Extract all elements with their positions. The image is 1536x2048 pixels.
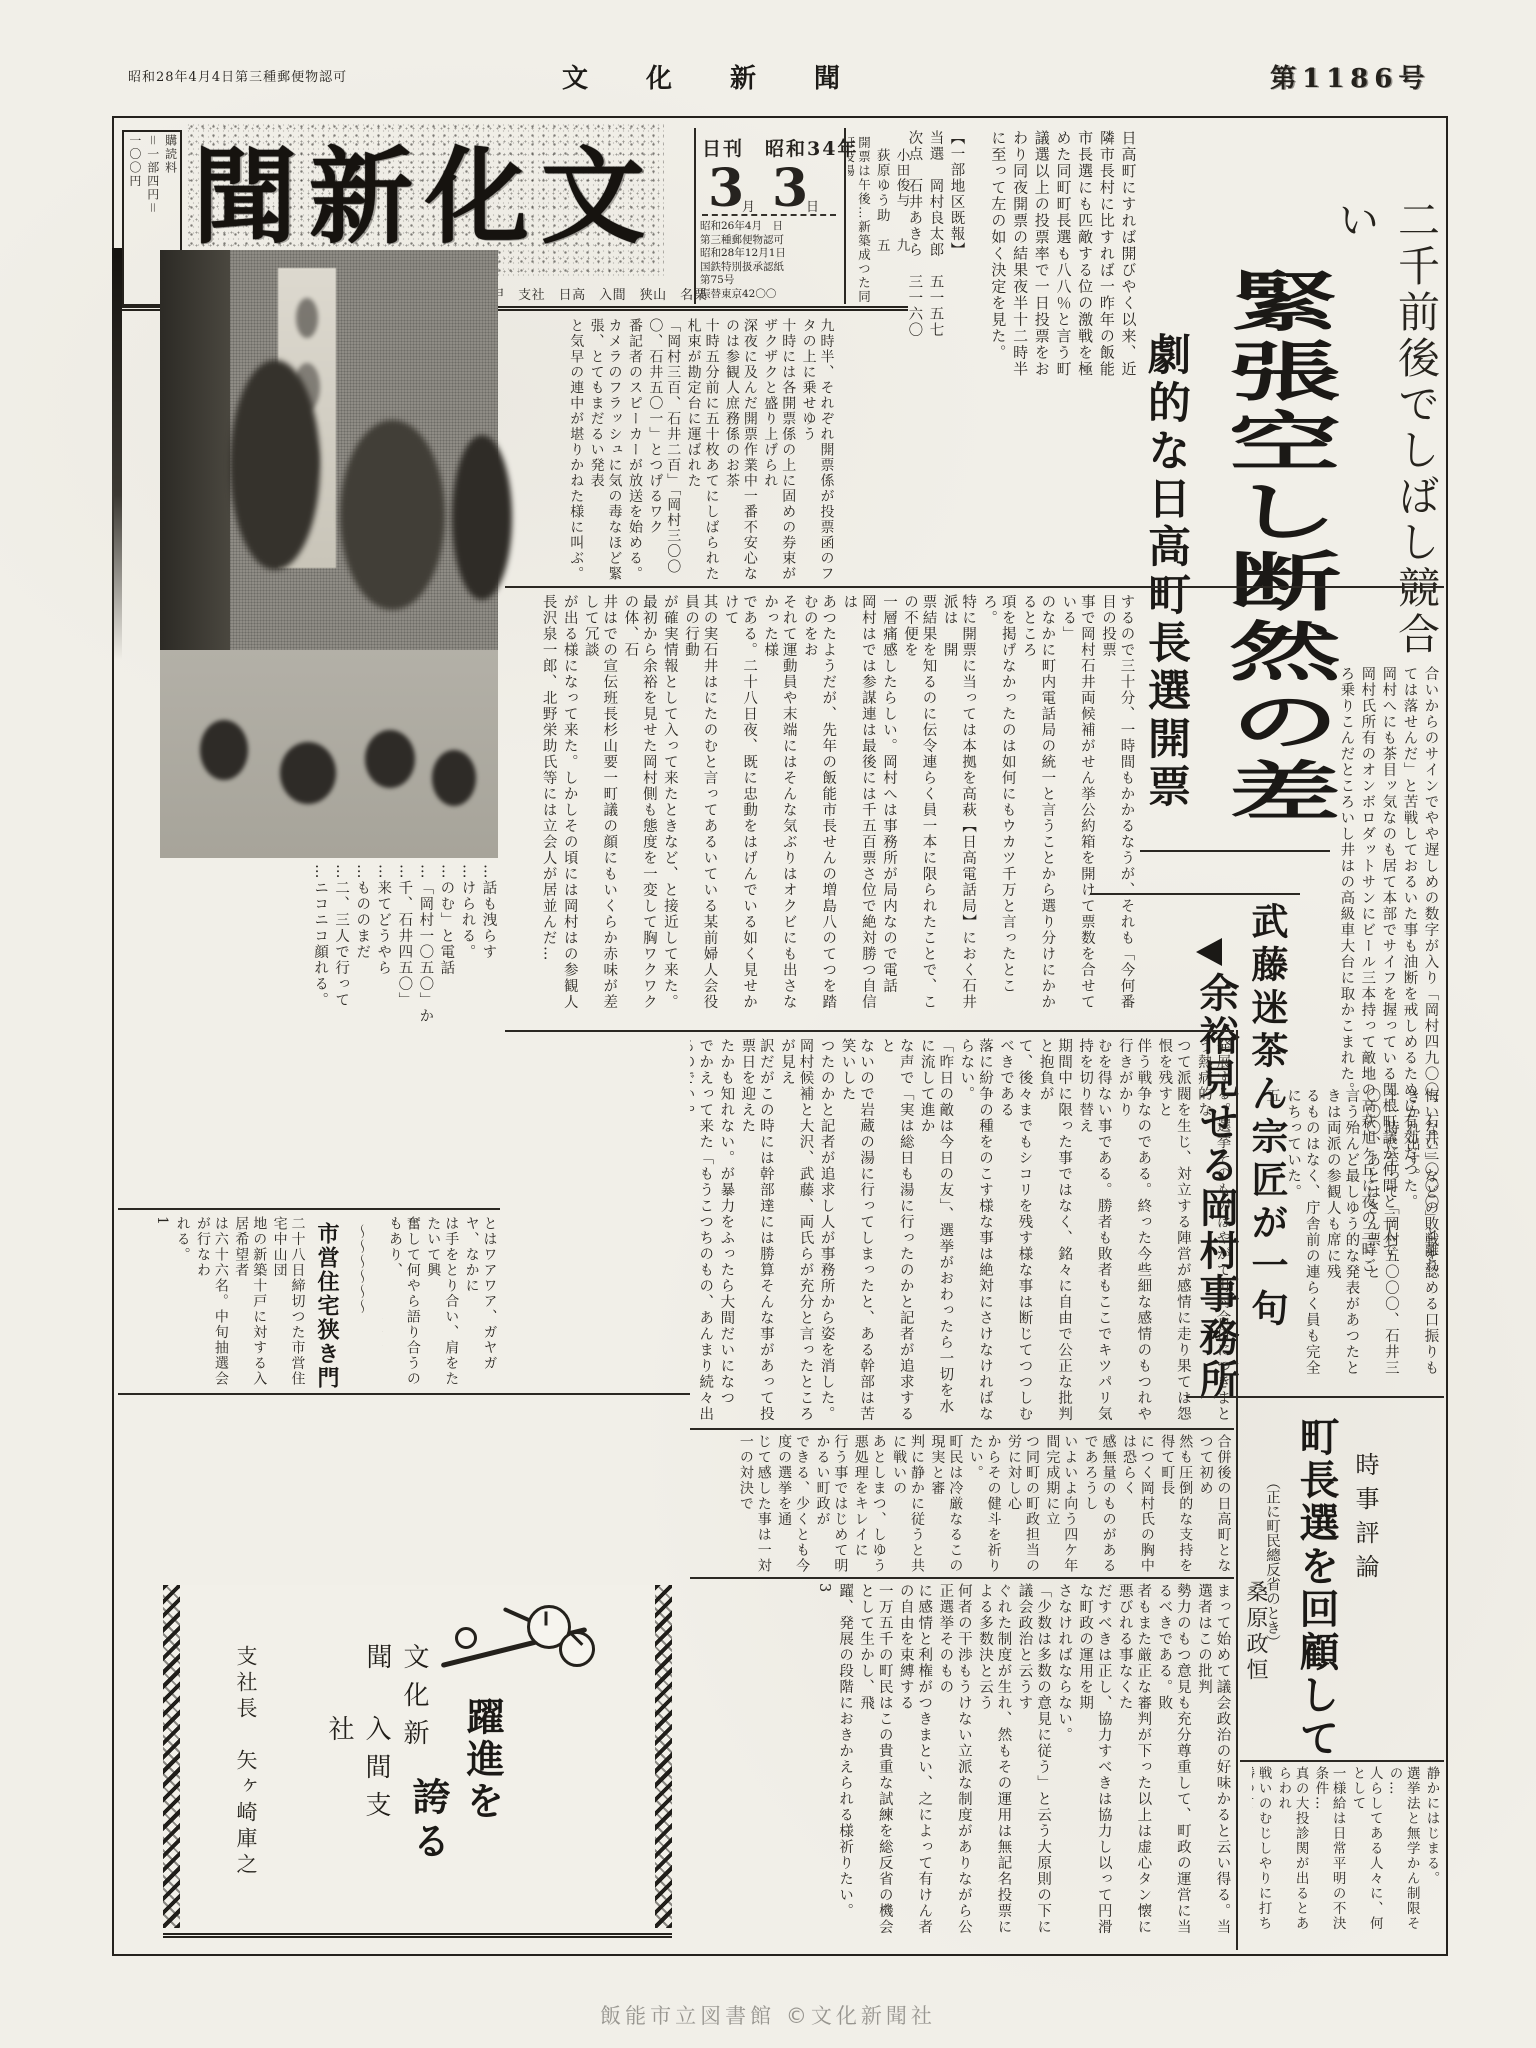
text-column: さなければならない。 — [1055, 1583, 1074, 1945]
date-day-unit: 日 — [806, 196, 819, 215]
text-column: て、後々までもシコリを残す様な事は断じてつつしむべきである — [996, 1038, 1033, 1424]
lead-column: に至って左の如く決定を見た。 — [988, 130, 1007, 582]
text-column: それて運動員や末端にはそんな気ぶりはオクビにも出さなかった様 — [761, 594, 798, 1024]
band2-top-rule — [505, 586, 1444, 588]
text-column: つて派閥を生じ、対立する陣営が感情に走り果ては怨恨を残すと — [1155, 1038, 1192, 1424]
text-column: が確実情報として入って来たときなど、と接近して来た。 — [660, 594, 679, 1024]
photo-figure — [340, 420, 445, 610]
right-column-divider — [1236, 1030, 1238, 1950]
result-line: 【一部地区既報】 — [947, 130, 966, 582]
text-column: 行う事ではじめて明かるい町政が — [813, 1434, 849, 1574]
lead-column: 議選以上の投票率で一日投票をお — [1032, 130, 1051, 582]
text-column: のなかに町内電話局の統一と言うことから選り分けにかかるところ — [1019, 594, 1056, 1024]
photo-election-count — [160, 250, 498, 858]
text-column: は手をとり合い、肩をたたいて興 — [423, 1216, 459, 1388]
text-column: 其の実石井はにたのむと言ってあるいている某前婦人会役員の行動 — [681, 594, 718, 1024]
text-column: 言う殆んど最しゆう的な発表があつたときは両派の参観人も席に残 — [1323, 1088, 1360, 1388]
subscription-line: ＝一部四円＝ — [144, 134, 159, 302]
text-column: どこの当せん事務所にもある通り — [382, 1216, 383, 1388]
text-column: 項を掲げなかったのは如何にもウカツ千万と言ったところ。 — [980, 594, 1017, 1024]
date-month-number: 3 — [708, 158, 744, 219]
text-column: 躍、発展の段階におきかえられる様祈りたい。 — [836, 1583, 855, 1945]
text-column: 最初から余裕を見せた岡村側も態度を一変して胸ワクワクの体、石 — [621, 594, 658, 1024]
band4-mid-rule — [690, 1577, 1234, 1579]
text-column: 十時には各開票係の上に固めの券束がザクザクと盛り上げられ — [760, 318, 796, 582]
approval-line: 国鉄特別扱承認紙 — [700, 261, 842, 275]
band3-top-rule — [505, 1030, 1234, 1032]
ad-org-line2: 入間支社 — [321, 1715, 395, 1865]
text-column: 奮して何やら語り合うのもあり、 — [385, 1216, 421, 1388]
ad-left-rope-border — [163, 1585, 180, 1928]
text-column: ないので岩蔵の湯に行ってしまったと、ある幹部は苦笑いした — [838, 1038, 875, 1424]
text-column: 真の大投診関が出るとあらわれ — [1274, 1766, 1309, 1944]
text-column: …けられる。 — [458, 864, 477, 1204]
photo-figure — [432, 750, 476, 806]
text-column: 合併後の日高町となつて初め — [1196, 1434, 1232, 1574]
left-rule-1 — [118, 1208, 500, 1210]
date-block-left-rule — [694, 128, 696, 304]
text-column: 静かにはじまる。 — [1422, 1766, 1439, 1944]
text-column: 然も圧倒的な支持を得て町長 — [1157, 1434, 1193, 1574]
text-column: カメラのフラッシュに気の毒なほど緊張、とてもまだるい発表 — [587, 318, 623, 582]
housing-pre-text: とはワアワア、ガヤガヤ、なかには手をとり合い、肩をたたいて興奮して何やら語り合う… — [382, 1216, 500, 1388]
text-column: …千、石井四五〇」 — [395, 864, 414, 1204]
headline-municipal-housing: 市営住宅狭き門 — [312, 1222, 343, 1392]
text-column: 何者の干渉もうけない立派な制度がありながら公正選挙そのもの — [936, 1583, 973, 1945]
band4-top-rule — [690, 1428, 1234, 1430]
text-column: むを得ない事である。勝者も敗者もここでキツパリ気持を切り替え — [1076, 1038, 1113, 1424]
text-column: 判に静かに従うと共に戦いの — [889, 1434, 925, 1574]
date-day-number: 3 — [772, 158, 808, 219]
text-column: 「少数は多数の意見に従う」と云う大原則の下に議会政治と云うす — [1015, 1583, 1052, 1945]
text-column: 番記者のスピーカーが放送を始める。 — [625, 318, 643, 582]
text-column: 十時五分前に五十枚あてにしばられた札束が勘定台に運ばれた — [684, 318, 720, 582]
text-column: 長沢泉一郎、北野栄助氏等には立会人が居並んだ… — [539, 594, 558, 1024]
text-column: 「昨日の敵は今日の友」、選挙がおわったら一切を水に流して進か — [917, 1038, 954, 1424]
text-column: 二十八日締切つた市営住宅中山団 — [270, 1216, 306, 1388]
text-column: 3 — [815, 1583, 834, 1945]
text-column: …二、三人で行って — [332, 864, 351, 1204]
text-column: 悔いない」などの敗戦を認める口振りもきかれ出す。 — [1402, 1088, 1439, 1388]
text-column: …「岡村一〇五〇」か — [416, 864, 435, 1204]
text-column: たかも知れない。が暴力をふったら大間だいになつ — [717, 1038, 736, 1424]
right-bottom-text: 静かにはじまる。選挙法と無学かん制限その…人らしてある人々に、何として一様給は日… — [1252, 1766, 1442, 1944]
text-column: 九時半、それぞれ開票係が投票函のフタの上に乗せゆう — [799, 318, 835, 582]
text-column: 五 — [1263, 1088, 1282, 1388]
photo-figure — [280, 742, 336, 804]
text-column: 岡村候補と大沢、武藤、両氏らが充分と言ったところが見え — [777, 1038, 814, 1424]
text-column: …もののまだ — [353, 864, 372, 1204]
text-column: に感情と利権がつきまとい、之によって有けん者の自由を束縛する — [896, 1583, 933, 1945]
newspaper-page: 昭和28年4月4日第三種郵便物認可 文化新聞 第1186号 購読料＝一部四円＝一… — [0, 0, 1536, 2048]
date-month-unit: 月 — [742, 196, 755, 215]
wave-decoration: 〜〜〜〜〜〜 — [352, 1224, 373, 1384]
postal-approval-note: 昭和28年4月4日第三種郵便物認可 — [128, 66, 347, 85]
date-underline — [702, 214, 836, 216]
result-line: 当選 岡村良太郎 五一五七 — [926, 130, 945, 582]
text-column: 人らしてある人々に、何として — [1348, 1766, 1383, 1944]
approval-line: 第75号 — [700, 274, 842, 288]
text-column: とはワアワア、ガヤガヤ、なかに — [462, 1216, 498, 1388]
results-list: 【一部地区既報】当選 岡村良太郎 五一五七次点 石井あきら 三一六〇 — [884, 130, 968, 582]
text-column: だすべきは正し、協力すべきは協力し以って円滑な町政の運用を期 — [1076, 1583, 1113, 1945]
text-column: 選挙法と無学かん制限その… — [1385, 1766, 1420, 1944]
text-column: 井はでの宣伝班長杉山要一町議の顔にもいくらか赤味が差して冗談 — [581, 594, 618, 1024]
ad-box: 躍進を 誇る 文化新聞 入間支社 支社長 矢ヶ崎庫之 — [163, 1585, 672, 1938]
text-column: 町民は冷厳なるこの現実と審 — [928, 1434, 964, 1574]
text-column: …ニコニコ顔れる。 — [311, 864, 330, 1204]
text-column: 事で岡村石井両候補がせん挙公約箱を開けて票数を合せている」 — [1059, 594, 1096, 1024]
ad-person: 支社長 矢ヶ崎庫之 — [231, 1645, 261, 1885]
left-rule-2 — [118, 1393, 690, 1395]
story-top-mid-text: 九時半、それぞれ開票係が投票函のフタの上に乗せゆう十時には各開票係の上に固めの券… — [505, 318, 837, 582]
text-column: 一様給は日常平明の不決条件… — [1311, 1766, 1346, 1944]
text-column: 訳だがこの時には幹部達には勝算そんな事があって投票日を迎えた — [738, 1038, 775, 1424]
text-column: 特に開票に当っては本拠を高萩【日高電話局】におく石井派は 開 — [940, 594, 977, 1024]
text-column: 「岡村三百、石井二百」「岡村三〇〇〇、石井五〇一」とつげるワク — [645, 318, 681, 582]
story2-body-text: するので三十分、一時間もかかるなうが、それも「今何番目の投票事で岡村石井両候補が… — [505, 594, 1138, 1024]
text-column: …話も洩らす — [479, 864, 498, 1204]
text-column: るものはなく、庁舎前の連らく員も完全にちっていた。 — [1284, 1088, 1321, 1388]
text-column: 岡村はでは参謀連は最後には千五百票さ位で絶対勝つ自信は — [840, 594, 877, 1024]
ad-right-rope-border — [655, 1585, 672, 1928]
text-column: できる、少くとも今度の選挙を通 — [774, 1434, 810, 1574]
approval-line: 昭和26年4月 日 — [700, 220, 842, 234]
issue-number: 第1186号 — [1270, 58, 1430, 95]
text-column: れる。 — [173, 1216, 191, 1388]
lead-column: 市長選にも匹敵する位の激戦を極 — [1075, 130, 1094, 582]
text-column: でかえって来た「もうこつちのもの、あんまり続々出るのでいや — [690, 1038, 714, 1424]
text-column: 戦いのむじしやりに打ち勝つて — [1252, 1766, 1272, 1944]
jiji-top-rule — [1186, 1396, 1444, 1398]
text-column: 十一時に至って「岡村五〇〇〇、石井三〇〇〇、あとはさん票」と — [1363, 1088, 1400, 1388]
photo-figure — [452, 435, 512, 600]
lead-column: 日高町にすれば開びやく以来、近 — [1118, 130, 1137, 582]
text-column: 発展する。選挙そのものはやがて町村合併につきまとう熱病的な — [1194, 1038, 1231, 1424]
headline-top: 二千前後でしばし競合い — [1326, 198, 1446, 668]
ad-slogan-line1: 躍進を — [455, 1697, 510, 1835]
text-column: 一層痛感したらしい。岡村へは事務所が局内なので電話 — [879, 594, 898, 1024]
text-column: につく岡村氏の胸中は恐らく — [1119, 1434, 1155, 1574]
right-band3-text: 悔いない」などの敗戦を認める口振りもきかれ出す。十一時に至って「岡村五〇〇〇、石… — [1244, 1088, 1442, 1388]
text-column: まって始めて議会政治の好味かると云い得る。当選者はこの批判 — [1194, 1583, 1231, 1945]
approval-line: 振替東京42〇〇 — [700, 288, 842, 302]
photo-figure — [230, 360, 320, 570]
approval-line: 昭和28年12月1日 — [700, 247, 842, 261]
text-column: と気早の連中が堪りかねた様に叫ぶ。 — [566, 318, 584, 582]
lead-column: 隣市長村に比すれば一昨年の飯能 — [1097, 130, 1116, 582]
photo-dark-wall — [160, 250, 230, 670]
headline-marker-triangle-icon — [1196, 938, 1222, 966]
text-column: 者もまた厳正な審判が下った以上は虚心タン懐に悪びれる事なくた — [1115, 1583, 1152, 1945]
text-column: 地の新築十戸に対する入居希望者 — [231, 1216, 267, 1388]
band4-mid-a-text: 合併後の日高町となつて初め然も圧倒的な支持を得て町長につく岡村氏の胸中は恐らく感… — [690, 1434, 1234, 1574]
text-column: 落に紛争の種をのこす様な事は絶対にさけなければならない。 — [957, 1038, 994, 1424]
approvals-list: 昭和26年4月 日第三種郵便物認可昭和28年12月1日国鉄特別扱承認紙第75号振… — [700, 220, 842, 301]
text-column: するので三十分、一時間もかかるなうが、それも「今何番目の投票 — [1098, 594, 1135, 1024]
text-column: 勢力のもつ意見も充分尊重して、町政の運営に当るべきである。敗 — [1155, 1583, 1192, 1945]
band4-mid-b-text: まって始めて議会政治の好味かると云い得る。当選者はこの批判勢力のもつ意見も充分尊… — [690, 1583, 1234, 1945]
text-column: 感無量のものがあるであろうし — [1081, 1434, 1117, 1574]
text-column: 期間中に限った事ではなく、銘々に自由で公正な批判と抱負が — [1036, 1038, 1073, 1424]
scan-edge-artifact — [112, 248, 122, 660]
text-column: つたのかと記者が追求し人が事務所から姿を消した。 — [817, 1038, 836, 1424]
approval-line: 第三種郵便物認可 — [700, 234, 842, 248]
text-column: な声で「実は総日も湯に行ったのかと記者が追求すると — [878, 1038, 915, 1424]
text-column: 深夜に及んだ開票作業中一番不安心なのは参観人庶務係のお茶 — [722, 318, 758, 582]
text-column: ぐれた制度が生れ、然もその運用は無記名投票による多数決と云う — [975, 1583, 1012, 1945]
text-column: である。二十八日夜、既に忠動をはげんでいる如く見せかけて — [721, 594, 758, 1024]
text-column: からその健斗を祈りたい。 — [966, 1434, 1002, 1574]
result-line: 次点 石井あきら 三一六〇 — [905, 130, 924, 582]
text-column: つ同町の町政担当の労に対し心 — [1004, 1434, 1040, 1574]
text-column: …来てどうやら — [374, 864, 393, 1204]
text-column: 1 — [152, 1216, 170, 1388]
text-column: いよいよ向う四ケ年間完成期に立 — [1042, 1434, 1078, 1574]
text-column: じて感した事は一対一の対決で — [736, 1434, 772, 1574]
photo-figure — [200, 720, 248, 780]
jiji-kicker: 時事評論 — [1348, 1452, 1383, 1592]
housing-body-text: 二十八日締切つた市営住宅中山団地の新築十戸に対する入居希望者は六十六名。中旬抽選… — [122, 1216, 308, 1388]
lead-paragraph: 日高町にすれば開びやく以来、近隣市長村に比すれば一昨年の飯能市長選にも匹敵する位… — [968, 130, 1140, 582]
under-photo-text: …話も洩らす…けられる。…のむ」と電話…「岡村一〇五〇」か…千、石井四五〇」…来… — [120, 864, 500, 1204]
text-column: 票結果を知るのに伝令連らく員一本に限られたことで、この不便を — [900, 594, 937, 1024]
text-column: あつたようだが、先年の飯能市長せんの増島八のてつを踏むのをお — [800, 594, 837, 1024]
jiji-author: 桑原政恒 — [1240, 1580, 1271, 1730]
text-column: は六十六名。中旬抽選会が行なわ — [193, 1216, 229, 1388]
jiji-bottom-rule — [1240, 1760, 1444, 1762]
lead-column: わり同夜開票の結果夜半十二時半 — [1010, 130, 1029, 582]
band3-mid-text: 発展する。選挙そのものはやがて町村合併につきまとう熱病的なつて派閥を生じ、対立す… — [690, 1038, 1234, 1424]
text-column: 伴う戦争なのである。終った今些細な感情のもつれや行きがかり — [1115, 1038, 1152, 1424]
jiji-headline: 町長選を回顧して — [1288, 1416, 1345, 1761]
subscription-line: 一〇〇円 — [127, 134, 142, 302]
text-column: 一万五千の町民はこの貴重な試練を総反省の機会として生かし、飛 — [857, 1583, 894, 1945]
date-daily-label: 日刊 昭和34年 — [702, 134, 858, 161]
header-newspaper-name: 文化新聞 — [520, 58, 940, 95]
plum-blossom-icon — [431, 1597, 591, 1689]
lead-column: めた同町町長選も八八％と言う町 — [1053, 130, 1072, 582]
text-column: …のむ」と電話 — [437, 864, 456, 1204]
text-column: あとしまつ、しゆう悪処理をキレイに — [851, 1434, 887, 1574]
photo-figure — [365, 730, 415, 788]
library-credit: 飯能市立図書館 ©文化新聞社 — [0, 2000, 1536, 2030]
text-column: が出る様になって来た。しかしその頃には岡村はの参観人 — [560, 594, 579, 1024]
